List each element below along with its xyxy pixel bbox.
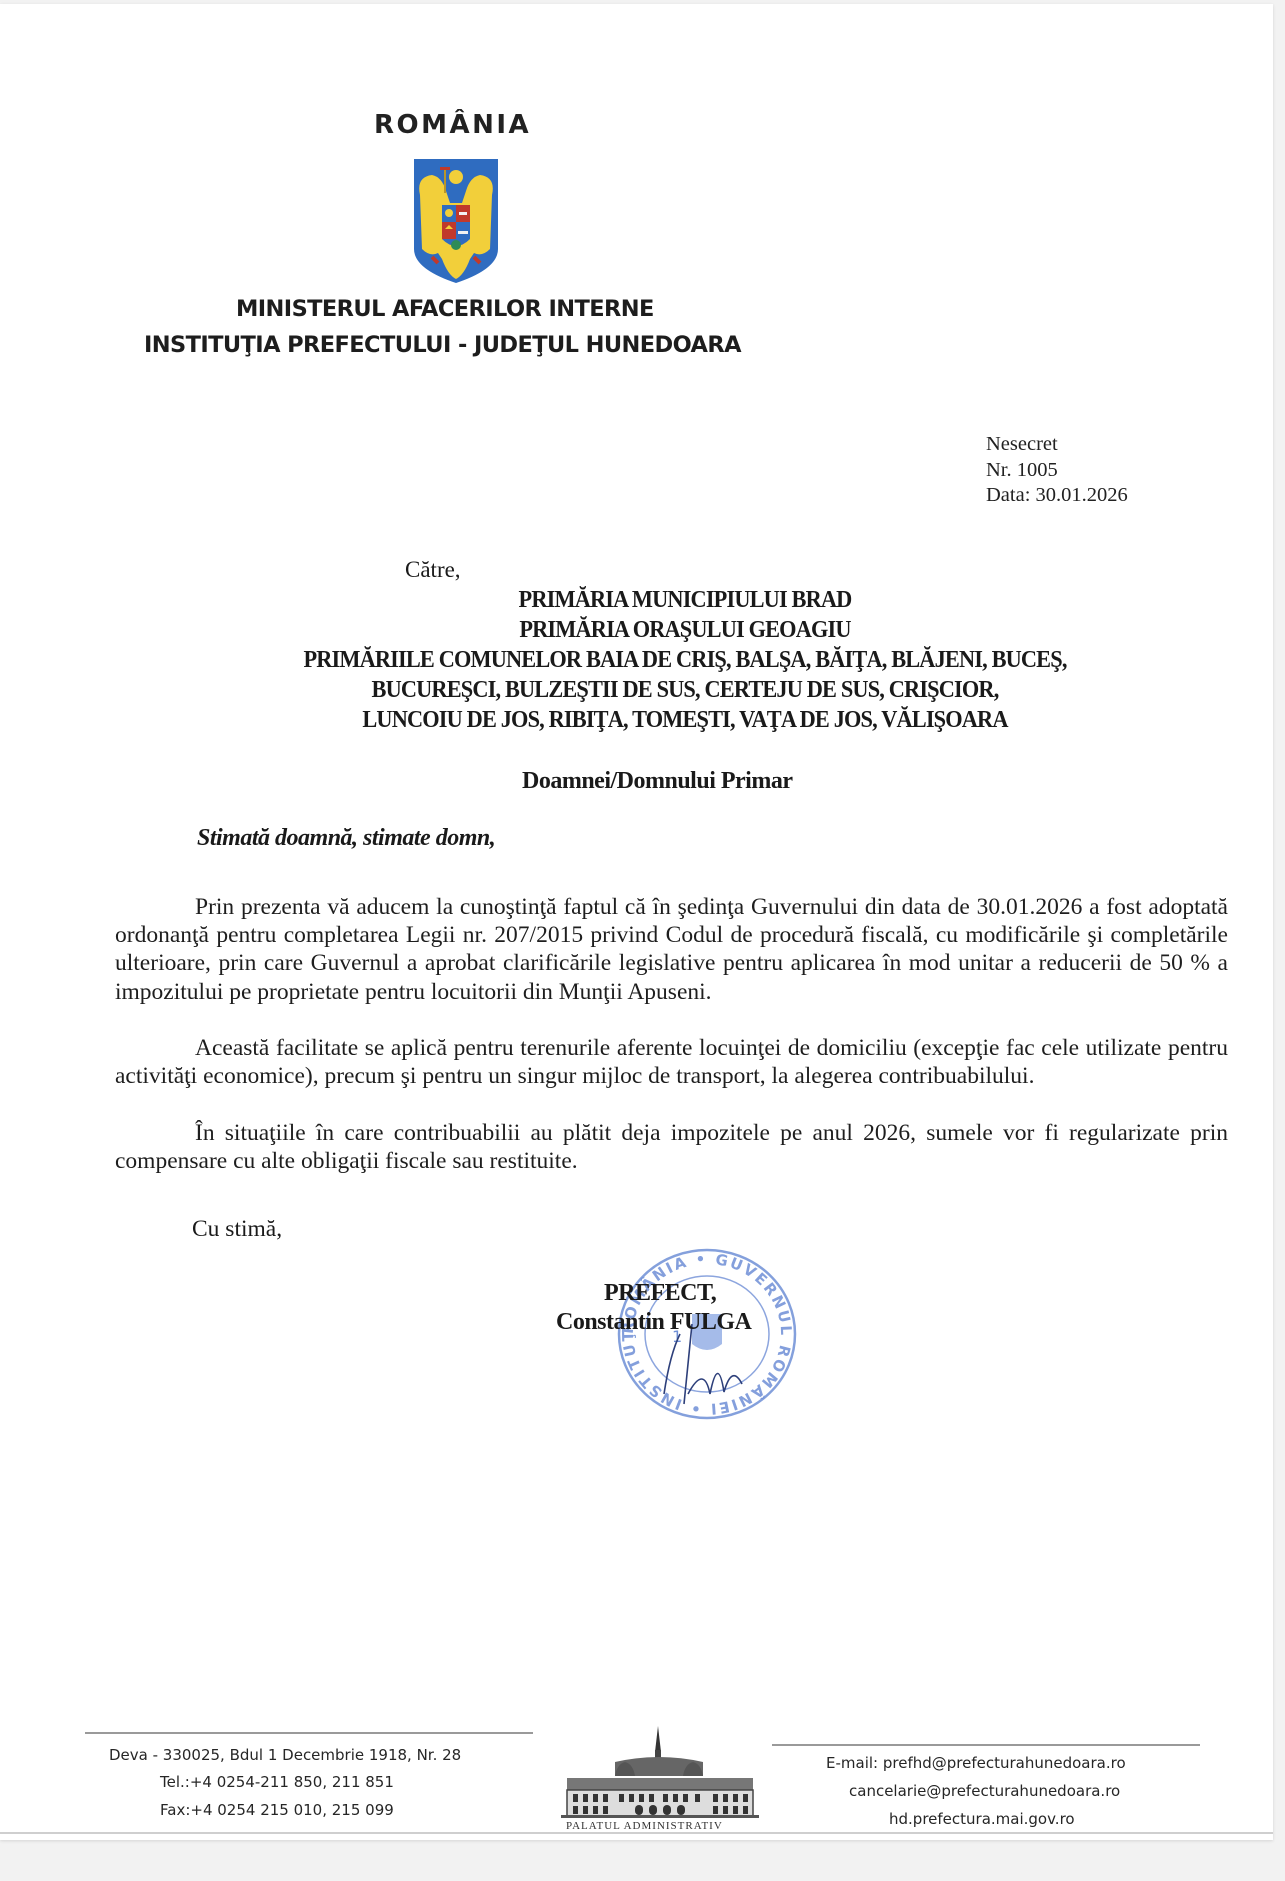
paragraph-text: Această facilitate se aplică pentru tere…	[115, 1034, 1228, 1090]
classification: Nesecret	[986, 432, 1128, 458]
signatory-name: Constantin FULGA	[556, 1309, 751, 1336]
signatory-title: PREFECT,	[604, 1280, 716, 1307]
footer-address: Deva - 330025, Bdul 1 Decembrie 1918, Nr…	[109, 1746, 461, 1764]
body-paragraph-1: Prin prezenta vă aducem la cunoştinţă fa…	[115, 893, 1228, 1006]
footer-divider-left	[85, 1732, 533, 1734]
document-page: ROMÂNIA MINISTERUL AFACERILOR INTERNE IN…	[0, 4, 1273, 1840]
registration-number: Nr. 1005	[986, 458, 1128, 484]
salutation: Stimată doamnă, stimate domn,	[197, 825, 495, 852]
recipient-line: PRIMĂRIA MUNICIPIULUI BRAD	[230, 587, 1140, 614]
administrative-palace-icon	[555, 1714, 765, 1829]
closing: Cu stimă,	[192, 1216, 282, 1243]
paragraph-text: În situaţiile în care contribuabilii au …	[115, 1119, 1228, 1175]
ministry-name: MINISTERUL AFACERILOR INTERNE	[236, 296, 654, 322]
to-label: Către,	[405, 557, 461, 583]
body-paragraph-2: Această facilitate se aplică pentru tere…	[115, 1034, 1228, 1090]
recipient-line: PRIMĂRIA ORAŞULUI GEOAGIU	[230, 617, 1140, 644]
footer-divider-right	[772, 1744, 1200, 1746]
building-caption: PALATUL ADMINISTRATIV	[566, 1820, 723, 1832]
addressee: Doamnei/Domnului Primar	[522, 768, 793, 795]
footer-phone: Tel.:+4 0254-211 850, 211 851	[160, 1773, 394, 1791]
footer-website: hd.prefectura.mai.gov.ro	[889, 1810, 1075, 1828]
recipient-line: BUCUREŞCI, BULZEŞTII DE SUS, CERTEJU DE …	[230, 677, 1140, 704]
institution-name: INSTITUŢIA PREFECTULUI - JUDEŢUL HUNEDOA…	[144, 332, 741, 358]
recipient-line: LUNCOIU DE JOS, RIBIŢA, TOMEŞTI, VAŢA DE…	[230, 707, 1140, 734]
country-heading: ROMÂNIA	[374, 110, 531, 140]
page-bottom-border	[0, 1832, 1273, 1834]
footer-email-secondary: cancelarie@prefecturahunedoara.ro	[849, 1782, 1120, 1800]
reference-block: Nesecret Nr. 1005 Data: 30.01.2026	[986, 432, 1128, 509]
recipient-line: PRIMĂRIILE COMUNELOR BAIA DE CRIŞ, BALŞA…	[230, 647, 1140, 674]
romania-coat-of-arms-icon	[412, 157, 500, 285]
body-paragraph-3: În situaţiile în care contribuabilii au …	[115, 1119, 1228, 1175]
paragraph-text: Prin prezenta vă aducem la cunoştinţă fa…	[115, 893, 1228, 1006]
document-date: Data: 30.01.2026	[986, 483, 1128, 509]
footer-email: E-mail: prefhd@prefecturahunedoara.ro	[826, 1754, 1126, 1772]
footer-fax: Fax:+4 0254 215 010, 215 099	[160, 1801, 394, 1819]
